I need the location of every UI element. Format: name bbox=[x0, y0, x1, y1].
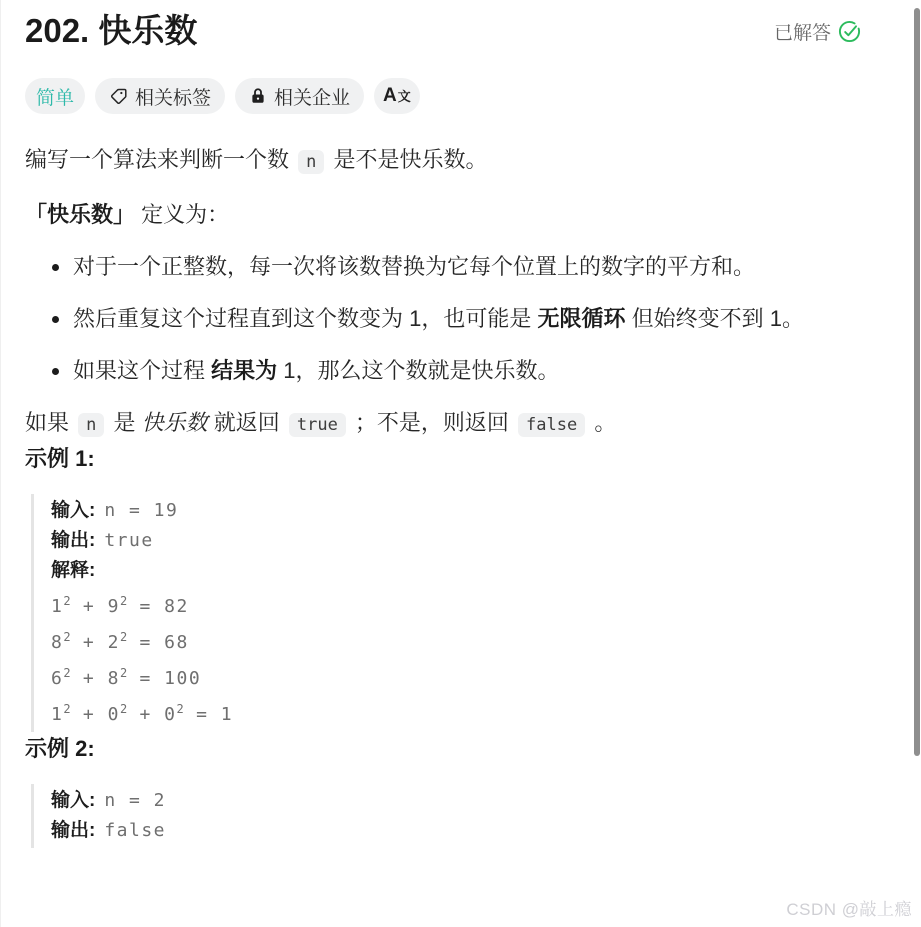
related-companies-label: 相关企业 bbox=[274, 83, 350, 110]
problem-title: 202. 快乐数 bbox=[25, 10, 197, 52]
example-calc-line: 62 + 82 = 100 bbox=[51, 658, 861, 694]
translate-toggle-button[interactable]: A文 bbox=[374, 78, 420, 114]
related-tags-button[interactable]: 相关标签 bbox=[95, 78, 225, 114]
definition-intro: 「快乐数」 定义为： bbox=[25, 198, 861, 232]
scrollbar-thumb[interactable] bbox=[914, 8, 920, 756]
problem-statement: 编写一个算法来判断一个数 n 是不是快乐数。 bbox=[25, 143, 861, 179]
problem-header: 202. 快乐数 已解答 bbox=[25, 10, 861, 52]
watermark: CSDN @敲上瘾 bbox=[786, 895, 912, 920]
example-2-heading: 示例 2: bbox=[25, 732, 861, 766]
definition-item-2: 然后重复这个过程直到这个数变为 1，也可能是 无限循环 但始终变不到 1。 bbox=[73, 302, 861, 336]
lock-icon bbox=[249, 87, 267, 105]
problem-detail-page: 202. 快乐数 已解答 简单 相关标签 bbox=[0, 0, 921, 927]
difficulty-badge[interactable]: 简单 bbox=[25, 78, 85, 114]
definition-item-1: 对于一个正整数，每一次将该数替换为它每个位置上的数字的平方和。 bbox=[73, 250, 861, 284]
example-row: 输入:n = 19 bbox=[51, 496, 861, 526]
pill-row: 简单 相关标签 相关企业 A文 bbox=[25, 78, 861, 114]
translate-icon: A文 bbox=[383, 85, 411, 107]
example-calc-line: 12 + 92 = 82 bbox=[51, 586, 861, 622]
example-row: 输出:true bbox=[51, 526, 861, 556]
example-calc-line: 12 + 02 + 02 = 1 bbox=[51, 694, 861, 730]
check-circle-icon bbox=[838, 20, 861, 43]
solved-label: 已解答 bbox=[774, 18, 831, 45]
example-1-block: 输入:n = 19输出:true解释:12 + 92 = 8282 + 22 =… bbox=[31, 494, 861, 732]
return-statement: 如果 n 是 快乐数 就返回 true ；不是，则返回 false 。 bbox=[25, 406, 861, 442]
problem-content: 202. 快乐数 已解答 简单 相关标签 bbox=[1, 0, 921, 848]
example-1-heading: 示例 1: bbox=[25, 442, 861, 476]
definition-list: 对于一个正整数，每一次将该数替换为它每个位置上的数字的平方和。 然后重复这个过程… bbox=[25, 250, 861, 388]
related-tags-label: 相关标签 bbox=[135, 83, 211, 110]
tag-icon bbox=[109, 87, 128, 106]
solved-status-badge: 已解答 bbox=[774, 18, 861, 45]
example-row: 输入:n = 2 bbox=[51, 786, 861, 816]
example-row: 输出:false bbox=[51, 816, 861, 846]
example-calc-line: 82 + 22 = 68 bbox=[51, 622, 861, 658]
example-2-block: 输入:n = 2输出:false bbox=[31, 784, 861, 848]
related-companies-button[interactable]: 相关企业 bbox=[235, 78, 364, 114]
definition-item-3: 如果这个过程 结果为 1，那么这个数就是快乐数。 bbox=[73, 354, 861, 388]
example-row: 解释: bbox=[51, 556, 861, 586]
